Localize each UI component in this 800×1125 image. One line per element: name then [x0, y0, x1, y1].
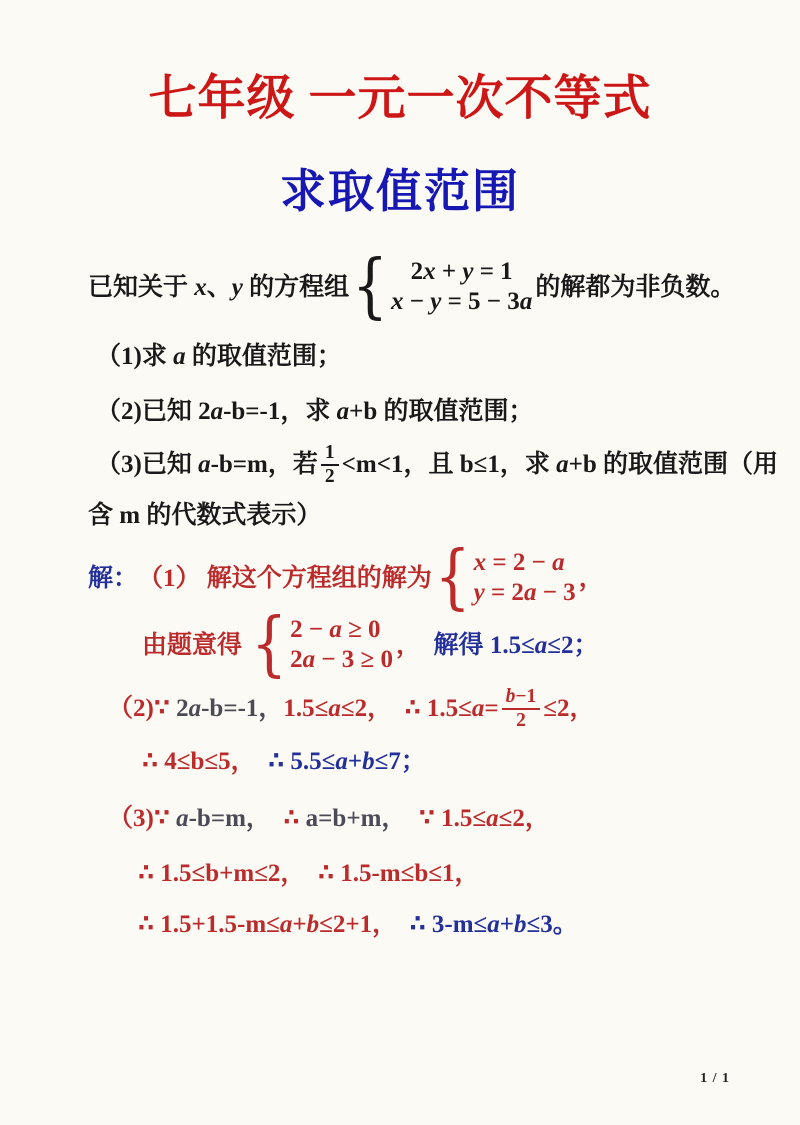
- worksheet-page: 七年级 一元一次不等式 求取值范围 已知关于 x、y 的方程组{2x + y =…: [0, 0, 800, 1125]
- text-segment: y: [430, 287, 441, 318]
- text-segment: a: [303, 645, 316, 676]
- text-segment: a: [487, 908, 500, 941]
- text-segment: ≤2+1，: [319, 908, 409, 941]
- brace: {: [251, 610, 287, 680]
- text-segment: b: [307, 908, 320, 941]
- text-segment: b: [362, 745, 375, 778]
- text-segment: <m<1，且 b≤1，求: [342, 448, 556, 481]
- text-segment: a: [211, 395, 224, 428]
- solution-step-3: （2)∵ 2a-b=-1，1.5≤a≤2， ∴ 1.5≤a=b−12≤2，: [0, 686, 800, 731]
- text-segment: 的解都为非负数。: [535, 271, 735, 304]
- text-segment: ≤2，: [543, 692, 594, 725]
- text-segment: = 2 −: [486, 548, 552, 579]
- text-segment: 2: [516, 710, 526, 731]
- text-segment: 1.5≤: [283, 692, 328, 725]
- text-segment: a: [556, 448, 569, 481]
- text-segment: a: [337, 395, 350, 428]
- text-segment: 、: [207, 271, 232, 304]
- question-3: （3)已知 a-b=m，若12<m<1，且 b≤1，求 a+b 的取值范围（用: [0, 442, 800, 487]
- text-segment: ≥ 0: [342, 615, 381, 646]
- text-segment: −: [403, 287, 430, 318]
- text-segment: 1.5+1.5-m≤: [154, 908, 280, 941]
- equation-row: y = 2a − 3: [474, 578, 576, 609]
- text-segment: a: [486, 802, 499, 835]
- text-segment: x: [423, 257, 436, 288]
- text-segment: +b 的取值范围；: [349, 395, 533, 428]
- equation-rows: 2 − a ≥ 02a − 3 ≥ 0: [290, 615, 393, 676]
- text-segment: 的取值范围；: [186, 340, 342, 373]
- text-segment: a: [198, 448, 211, 481]
- text-segment: ，: [579, 562, 604, 595]
- text-segment: y: [474, 578, 485, 609]
- text-segment: b: [506, 686, 516, 707]
- text-segment: a: [280, 908, 293, 941]
- text-segment: 的方程组: [243, 271, 349, 304]
- text-segment: +: [348, 745, 362, 778]
- text-segment: a: [520, 287, 533, 318]
- text-segment: a: [329, 615, 342, 646]
- text-segment: 5.5≤: [284, 745, 335, 778]
- problem-statement: 已知关于 x、y 的方程组{2x + y = 1x − y = 5 − 3a的解…: [0, 257, 800, 318]
- fraction: b−12: [502, 686, 541, 731]
- text-segment: -b=m，若: [211, 448, 318, 481]
- text-segment: = 1: [473, 257, 512, 288]
- logic-symbol: ∴: [138, 909, 154, 939]
- equation-row: x = 2 − a: [474, 548, 565, 579]
- logic-symbol: ∴: [268, 746, 284, 776]
- title-line-2: 求取值范围: [0, 164, 800, 219]
- text-segment: （3)已知: [96, 448, 198, 481]
- text-segment: 解得: [421, 629, 490, 662]
- text-segment: a: [524, 578, 537, 609]
- solution-step-1: 解：（1） 解这个方程组的解为{x = 2 − ay = 2a − 3，: [0, 548, 800, 609]
- equation-row: 2x + y = 1: [411, 257, 513, 288]
- logic-symbol: ∴: [138, 858, 154, 888]
- fraction: 12: [321, 442, 339, 487]
- logic-symbol: ∴: [318, 858, 334, 888]
- text-segment: 2: [290, 645, 303, 676]
- equation-row: x − y = 5 − 3a: [391, 287, 532, 318]
- equation-rows: x = 2 − ay = 2a − 3: [474, 548, 576, 609]
- text-segment: 解：: [88, 562, 138, 595]
- logic-symbol: ∴: [410, 909, 426, 939]
- text-segment: x: [194, 271, 207, 304]
- text-segment: = 5 − 3: [441, 287, 520, 318]
- title-line-1: 七年级 一元一次不等式: [0, 70, 800, 128]
- text-segment: x: [474, 548, 487, 579]
- text-segment: 3-m≤: [426, 908, 488, 941]
- fraction-numerator: 1: [321, 442, 339, 466]
- text-segment: +: [292, 908, 306, 941]
- brace: {: [352, 252, 388, 322]
- logic-symbol: ∵: [154, 693, 170, 723]
- text-segment: ≤7；: [375, 745, 426, 778]
- text-segment: 2: [170, 692, 189, 725]
- equation-system: {2 − a ≥ 02a − 3 ≥ 0: [251, 615, 393, 676]
- text-segment: 1.5-m≤b≤1，: [334, 857, 480, 890]
- logic-symbol: ∵: [154, 803, 170, 833]
- text-segment: − 3 ≥ 0: [315, 645, 393, 676]
- text-segment: ，: [396, 629, 421, 662]
- text-segment: 2 −: [290, 615, 329, 646]
- text-segment: +: [500, 908, 514, 941]
- brace: {: [435, 543, 471, 613]
- logic-symbol: ∴: [405, 693, 421, 723]
- equation-rows: 2x + y = 1x − y = 5 − 3a: [391, 257, 532, 318]
- text-segment: （3): [108, 802, 154, 835]
- text-segment: 已知关于: [88, 271, 194, 304]
- equation-system: {2x + y = 1x − y = 5 − 3a: [352, 257, 532, 318]
- logic-symbol: ∴: [142, 746, 158, 776]
- solution-step-7: ∴ 1.5+1.5-m≤a+b≤2+1， ∴ 3-m≤a+b≤3。: [0, 908, 800, 941]
- text-segment: a: [189, 692, 202, 725]
- text-segment: x: [391, 287, 404, 318]
- text-segment: a: [335, 745, 348, 778]
- fraction-denominator: 2: [512, 710, 530, 731]
- text-segment: a: [328, 692, 341, 725]
- text-segment: −1: [515, 686, 536, 707]
- equation-row: 2a − 3 ≥ 0: [290, 645, 393, 676]
- text-segment: 1.5≤: [490, 629, 535, 662]
- page-indicator: 1 / 1: [700, 1071, 730, 1087]
- equation-system: {x = 2 − ay = 2a − 3: [435, 548, 576, 609]
- text-segment: a: [176, 802, 189, 835]
- text-segment: 由题意得: [142, 629, 248, 662]
- text-segment: 4≤b≤5，: [158, 745, 268, 778]
- fraction-numerator: b−1: [502, 686, 541, 710]
- text-segment: ≤2；: [547, 629, 598, 662]
- text-segment: （1)求: [96, 340, 173, 373]
- text-segment: 2: [411, 257, 424, 288]
- text-segment: 1.5≤: [435, 802, 486, 835]
- text-segment: 含 m 的代数式表示）: [88, 499, 321, 532]
- solution-step-5: （3)∵ a-b=m， ∴ a=b+m， ∵ 1.5≤a≤2，: [0, 802, 800, 835]
- text-segment: ≤3。: [527, 908, 578, 941]
- text-segment: +: [436, 257, 463, 288]
- solution-step-2: 由题意得 {2 − a ≥ 02a − 3 ≥ 0， 解得 1.5≤a≤2；: [0, 615, 800, 676]
- logic-symbol: ∴: [283, 803, 299, 833]
- fraction-denominator: 2: [321, 466, 339, 487]
- text-segment: a: [173, 340, 186, 373]
- text-segment: a=b+m，: [299, 802, 418, 835]
- text-segment: -b=m，: [189, 802, 284, 835]
- text-segment: a: [472, 692, 485, 725]
- text-segment: a: [552, 548, 565, 579]
- solution-step-6: ∴ 1.5≤b+m≤2， ∴ 1.5-m≤b≤1，: [0, 857, 800, 890]
- text-segment: 1.5≤: [421, 692, 472, 725]
- question-3-continued: 含 m 的代数式表示）: [0, 499, 800, 532]
- text-segment: − 3: [536, 578, 575, 609]
- solution-step-4: ∴ 4≤b≤5， ∴ 5.5≤a+b≤7；: [0, 745, 800, 778]
- text-segment: a: [535, 629, 548, 662]
- text-segment: （2): [108, 692, 154, 725]
- text-segment: ≤2，: [499, 802, 550, 835]
- text-segment: y: [462, 257, 473, 288]
- text-segment: （2)已知 2: [96, 395, 211, 428]
- text-segment: y: [232, 271, 243, 304]
- text-segment: -b=-1，: [201, 692, 283, 725]
- text-segment: ≤2，: [341, 692, 405, 725]
- text-segment: b: [514, 908, 527, 941]
- question-2: （2)已知 2a-b=-1，求 a+b 的取值范围；: [0, 395, 800, 428]
- text-segment: -b=-1，求: [223, 395, 337, 428]
- text-segment: （1） 解这个方程组的解为: [138, 562, 432, 595]
- text-segment: 1.5≤b+m≤2，: [154, 857, 318, 890]
- text-segment: = 2: [485, 578, 524, 609]
- text-segment: 2: [325, 466, 335, 487]
- equation-row: 2 − a ≥ 0: [290, 615, 380, 646]
- logic-symbol: ∵: [419, 803, 435, 833]
- text-segment: 1: [325, 442, 335, 463]
- text-segment: +b 的取值范围（用: [569, 448, 778, 481]
- text-segment: =: [484, 692, 498, 725]
- question-1: （1)求 a 的取值范围；: [0, 340, 800, 373]
